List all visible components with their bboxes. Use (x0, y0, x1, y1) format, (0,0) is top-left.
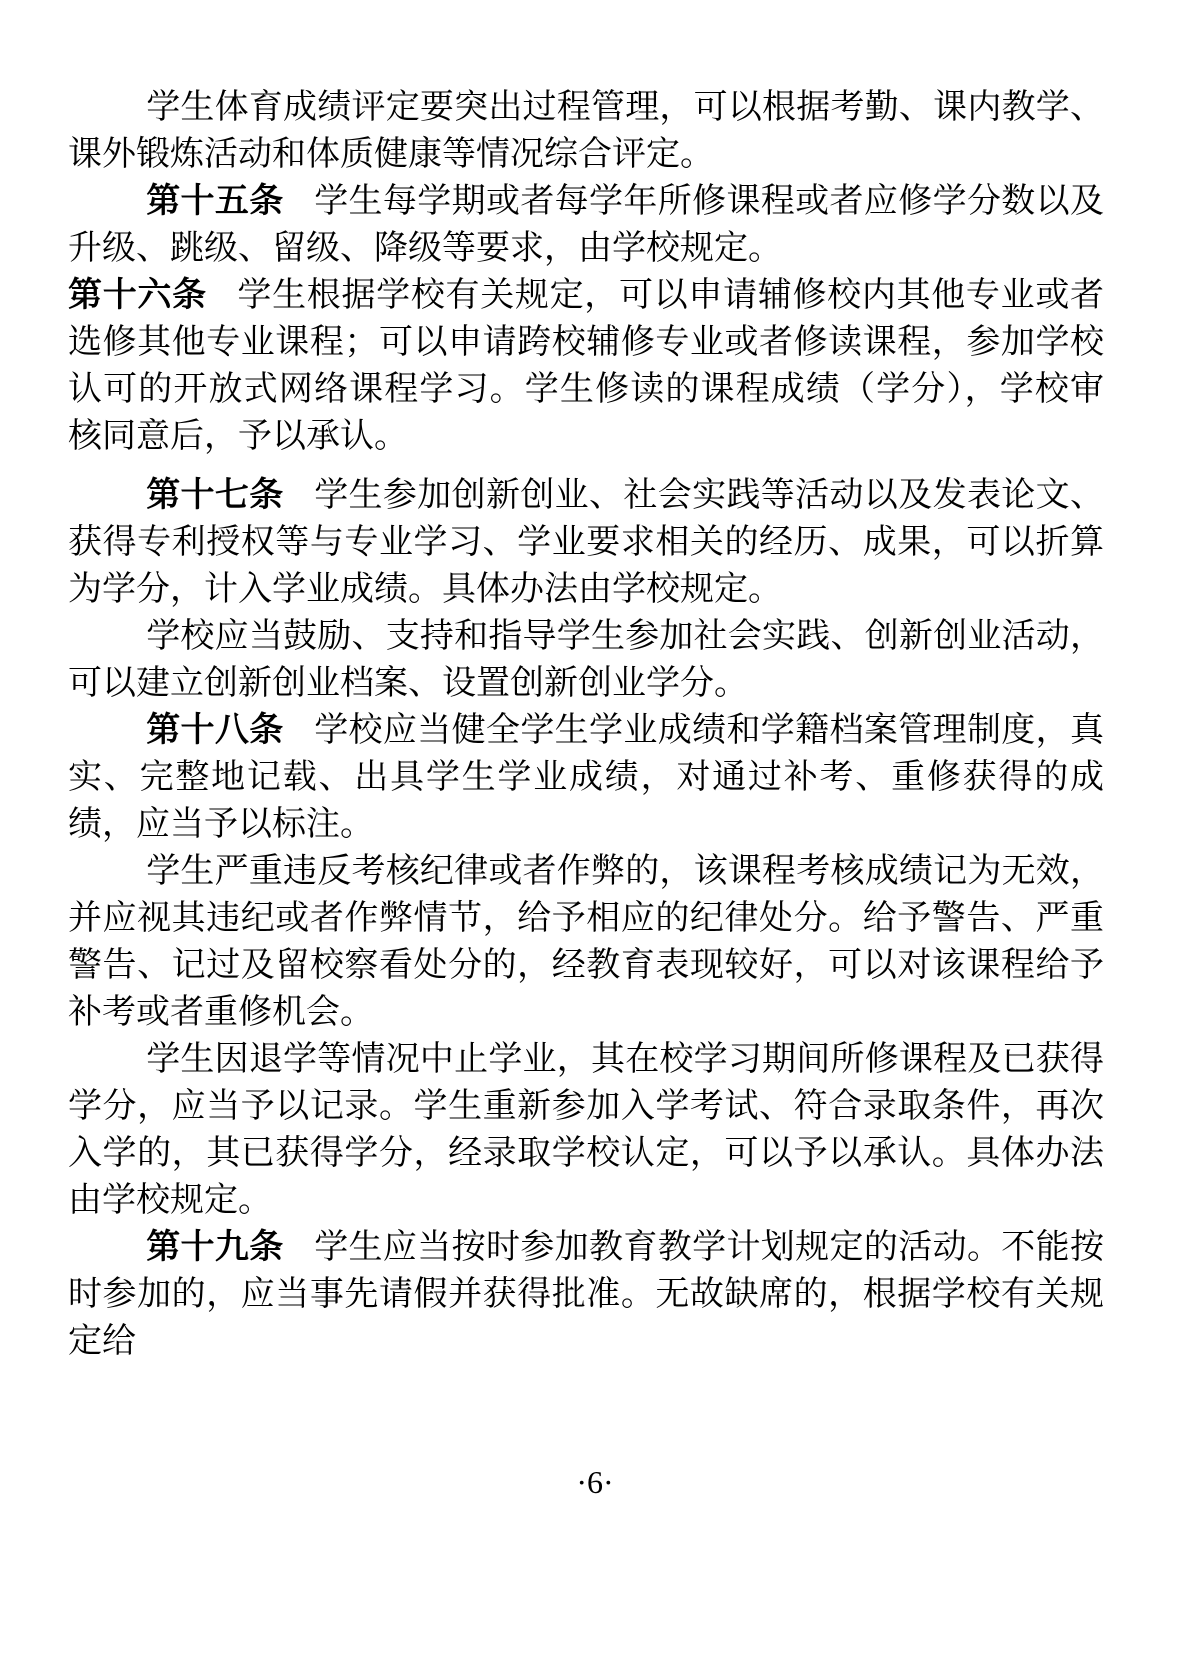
paragraph: 学生体育成绩评定要突出过程管理，可以根据考勤、课内教学、课外锻炼活动和体质健康等… (68, 84, 1104, 178)
paragraph-article-18: 第十八条学校应当健全学生学业成绩和学籍档案管理制度，真实、完整地记载、出具学生学… (68, 707, 1104, 848)
paragraph-text: 学生体育成绩评定要突出过程管理，可以根据考勤、课内教学、课外锻炼活动和体质健康等… (68, 89, 1104, 173)
paragraph-text: 学校应当鼓励、支持和指导学生参加社会实践、创新创业活动，可以建立创新创业档案、设… (68, 618, 1104, 702)
document-page: 学生体育成绩评定要突出过程管理，可以根据考勤、课内教学、课外锻炼活动和体质健康等… (0, 0, 1190, 1670)
article-number: 第十八条 (146, 712, 283, 749)
document-body: 学生体育成绩评定要突出过程管理，可以根据考勤、课内教学、课外锻炼活动和体质健康等… (68, 84, 1104, 1365)
paragraph: 学生严重违反考核纪律或者作弊的，该课程考核成绩记为无效，并应视其违纪或者作弊情节… (68, 848, 1104, 1036)
article-number: 第十九条 (146, 1229, 283, 1266)
page-number: ·6· (0, 1462, 1190, 1502)
paragraph-text: 学生因退学等情况中止学业，其在校学习期间所修课程及已获得学分，应当予以记录。学生… (68, 1041, 1104, 1219)
paragraph-article-17: 第十七条学生参加创新创业、社会实践等活动以及发表论文、获得专利授权等与专业学习、… (68, 472, 1104, 613)
paragraph-article-15: 第十五条学生每学期或者每学年所修课程或者应修学分数以及升级、跳级、留级、降级等要… (68, 178, 1104, 272)
paragraph-text: 学生严重违反考核纪律或者作弊的，该课程考核成绩记为无效，并应视其违纪或者作弊情节… (68, 853, 1104, 1031)
paragraph-article-19: 第十九条学生应当按时参加教育教学计划规定的活动。不能按时参加的，应当事先请假并获… (68, 1224, 1104, 1365)
article-number: 第十六条 (68, 277, 207, 314)
paragraph: 学校应当鼓励、支持和指导学生参加社会实践、创新创业活动，可以建立创新创业档案、设… (68, 613, 1104, 707)
article-number: 第十七条 (146, 477, 283, 514)
article-number: 第十五条 (146, 183, 283, 220)
paragraph: 学生因退学等情况中止学业，其在校学习期间所修课程及已获得学分，应当予以记录。学生… (68, 1036, 1104, 1224)
paragraph-article-16: 第十六条学生根据学校有关规定，可以申请辅修校内其他专业或者选修其他专业课程；可以… (68, 272, 1104, 460)
paragraph-text: 学生根据学校有关规定，可以申请辅修校内其他专业或者选修其他专业课程；可以申请跨校… (68, 277, 1104, 455)
